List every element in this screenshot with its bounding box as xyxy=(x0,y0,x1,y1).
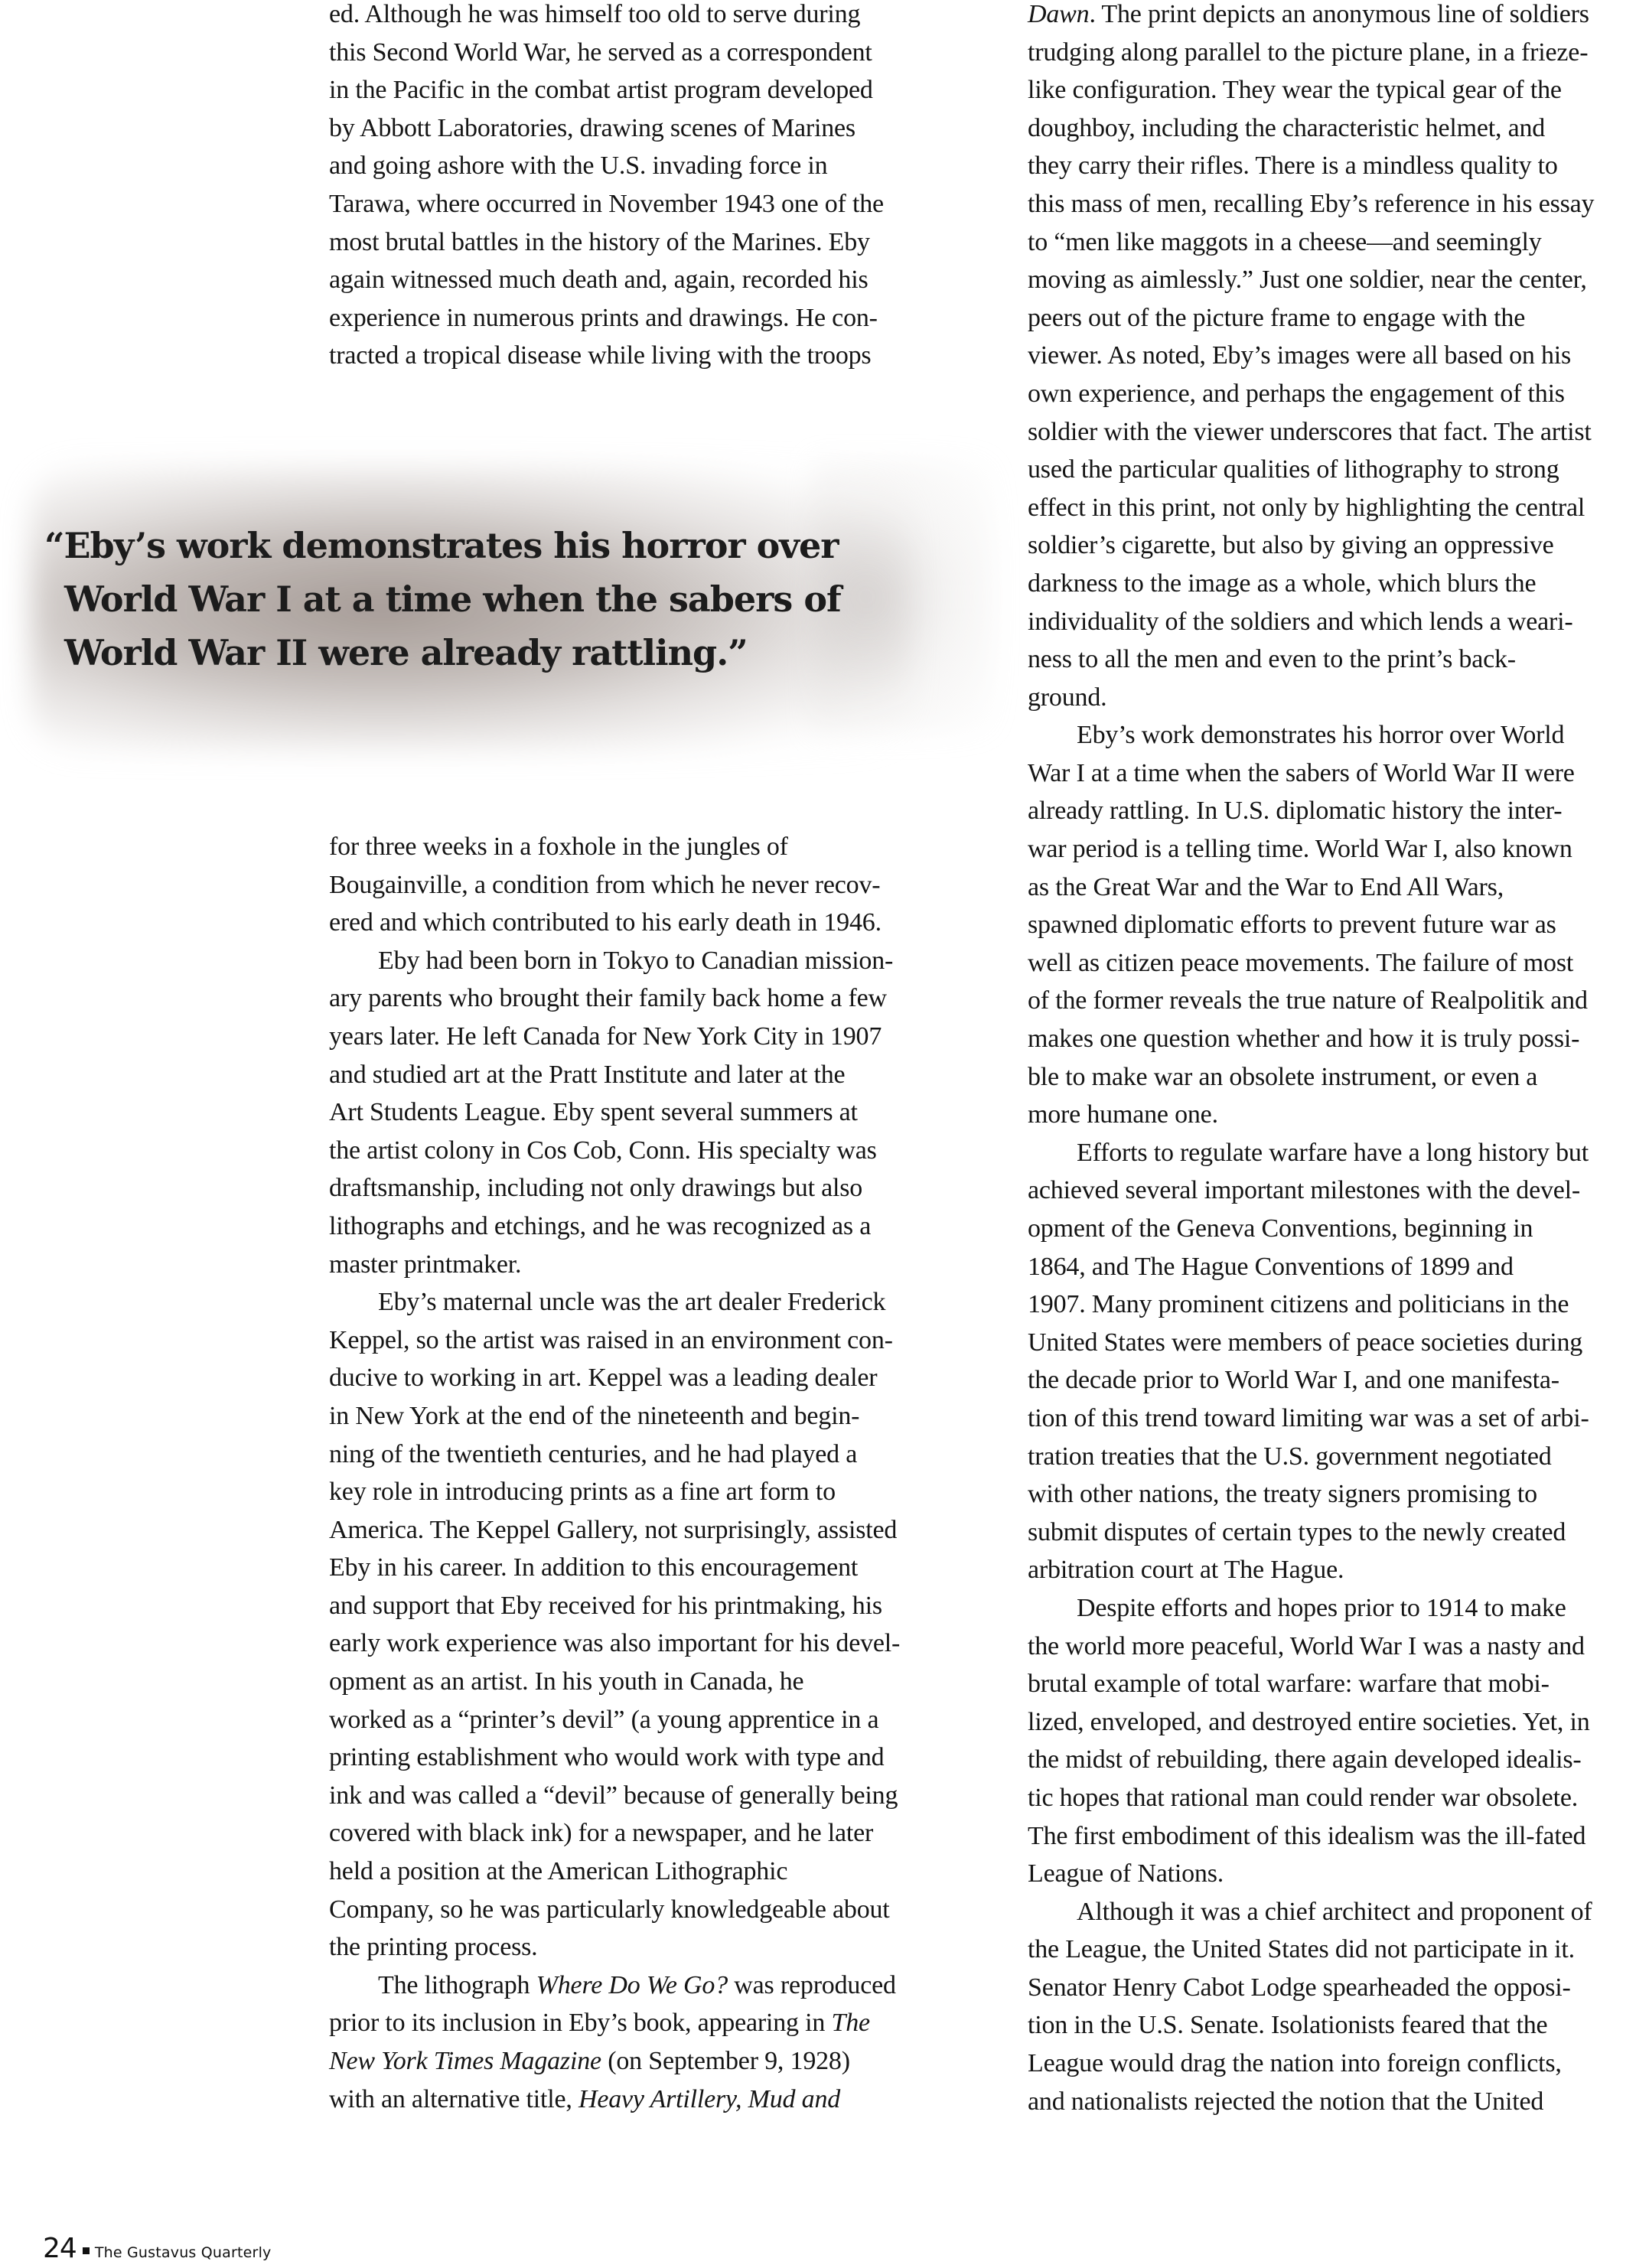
text-line: to “men like maggots in a cheese—and see… xyxy=(1028,223,1649,262)
text-line: printing establishment who would work wi… xyxy=(329,1738,956,1777)
text-line: as the Great War and the War to End All … xyxy=(1028,868,1649,907)
text-line: Bougainville, a condition from which he … xyxy=(329,866,956,904)
text-line: tion in the U.S. Senate. Isolationists f… xyxy=(1028,2006,1649,2045)
paragraph: for three weeks in a foxhole in the jung… xyxy=(329,828,956,942)
text-segment: (on September 9, 1928) xyxy=(601,2047,850,2075)
italic-title-text: New York Times Magazine xyxy=(329,2047,601,2075)
text-line: Tarawa, where occurred in November 1943 … xyxy=(329,185,956,223)
italic-title-text: Where Do We Go? xyxy=(536,1971,728,1999)
text-line: Company, so he was particularly knowledg… xyxy=(329,1891,956,1929)
text-line: already rattling. In U.S. diplomatic his… xyxy=(1028,792,1649,830)
text-line: Although it was a chief architect and pr… xyxy=(1028,1893,1649,1931)
text-line: the League, the United States did not pa… xyxy=(1028,1931,1649,1969)
text-line: opment as an artist. In his youth in Can… xyxy=(329,1663,956,1701)
text-line: makes one question whether and how it is… xyxy=(1028,1020,1649,1058)
text-segment: own experience, and perhaps the engageme… xyxy=(1028,380,1565,408)
text-line: New York Times Magazine (on September 9,… xyxy=(329,2042,956,2081)
text-segment: they carry their rifles. There is a mind… xyxy=(1028,152,1558,180)
left-column-top-text: ed. Although he was himself too old to s… xyxy=(329,0,956,375)
text-line: ered and which contributed to his early … xyxy=(329,904,956,942)
text-line: arbitration court at The Hague. xyxy=(1028,1551,1649,1589)
text-line: years later. He left Canada for New York… xyxy=(329,1018,956,1056)
text-segment: peers out of the picture frame to engage… xyxy=(1028,304,1525,332)
paragraph: Dawn. The print depicts an anonymous lin… xyxy=(1028,0,1649,716)
text-line: soldier’s cigarette, but also by giving … xyxy=(1028,526,1649,565)
page-footer: 24 The Gustavus Quarterly xyxy=(43,2233,272,2264)
text-line: experience in numerous prints and drawin… xyxy=(329,299,956,337)
text-line: moving as aimlessly.” Just one soldier, … xyxy=(1028,261,1649,299)
paragraph: ed. Although he was himself too old to s… xyxy=(329,0,956,375)
text-line: brutal example of total warfare: warfare… xyxy=(1028,1665,1649,1703)
text-line: with an alternative title, Heavy Artille… xyxy=(329,2081,956,2119)
text-segment: this mass of men, recalling Eby’s refere… xyxy=(1028,190,1594,218)
text-line: most brutal battles in the history of th… xyxy=(329,223,956,262)
text-segment: The lithograph xyxy=(378,1971,536,1999)
text-line: key role in introducing prints as a fine… xyxy=(329,1473,956,1511)
text-segment: viewer. As noted, Eby’s images were all … xyxy=(1028,341,1571,370)
text-segment: was reproduced xyxy=(728,1971,896,1999)
text-line: submit disputes of certain types to the … xyxy=(1028,1514,1649,1552)
text-line: darkness to the image as a whole, which … xyxy=(1028,565,1649,603)
text-line: Senator Henry Cabot Lodge spearheaded th… xyxy=(1028,1969,1649,2007)
paragraph: Despite efforts and hopes prior to 1914 … xyxy=(1028,1589,1649,1893)
text-line: Eby had been born in Tokyo to Canadian m… xyxy=(329,942,956,980)
text-line: trudging along parallel to the picture p… xyxy=(1028,34,1649,72)
text-segment: with an alternative title, xyxy=(329,2085,578,2113)
text-line: ed. Although he was himself too old to s… xyxy=(329,0,956,34)
text-line: ducive to working in art. Keppel was a l… xyxy=(329,1359,956,1397)
text-line: war period is a telling time. World War … xyxy=(1028,830,1649,868)
text-segment: trudging along parallel to the picture p… xyxy=(1028,38,1588,67)
text-segment: moving as aimlessly.” Just one soldier, … xyxy=(1028,266,1587,294)
paragraph: Eby’s maternal uncle was the art dealer … xyxy=(329,1283,956,1967)
italic-title-text: Heavy Artillery, Mud and xyxy=(578,2085,840,2113)
paragraph: Eby’s work demonstrates his horror over … xyxy=(1028,716,1649,1134)
publication-title: The Gustavus Quarterly xyxy=(95,2244,272,2261)
text-segment: individuality of the soldiers and which … xyxy=(1028,608,1572,636)
text-line: achieved several important milestones wi… xyxy=(1028,1171,1649,1210)
text-line: and nationalists rejected the notion tha… xyxy=(1028,2083,1649,2121)
text-line: of the former reveals the true nature of… xyxy=(1028,982,1649,1020)
text-line: ning of the twentieth centuries, and he … xyxy=(329,1435,956,1474)
magazine-page: ed. Although he was himself too old to s… xyxy=(0,0,1649,2268)
paragraph: The lithograph Where Do We Go? was repro… xyxy=(329,1967,956,2118)
text-line: the midst of rebuilding, there again dev… xyxy=(1028,1741,1649,1779)
text-line: America. The Keppel Gallery, not surpris… xyxy=(329,1511,956,1549)
text-line: and support that Eby received for his pr… xyxy=(329,1587,956,1625)
text-line: effect in this print, not only by highli… xyxy=(1028,489,1649,527)
text-line: Art Students League. Eby spent several s… xyxy=(329,1093,956,1132)
text-line: Keppel, so the artist was raised in an e… xyxy=(329,1321,956,1360)
text-line: prior to its inclusion in Eby’s book, ap… xyxy=(329,2004,956,2042)
text-line: United States were members of peace soci… xyxy=(1028,1324,1649,1362)
text-line: ble to make war an obsolete instrument, … xyxy=(1028,1058,1649,1097)
text-line: soldier with the viewer underscores that… xyxy=(1028,413,1649,451)
text-line: Dawn. The print depicts an anonymous lin… xyxy=(1028,0,1649,34)
text-line: used the particular qualities of lithogr… xyxy=(1028,451,1649,489)
text-line: 1864, and The Hague Conventions of 1899 … xyxy=(1028,1248,1649,1286)
text-line: the artist colony in Cos Cob, Conn. His … xyxy=(329,1132,956,1170)
text-line: Efforts to regulate warfare have a long … xyxy=(1028,1134,1649,1172)
text-line: and going ashore with the U.S. invading … xyxy=(329,147,956,185)
text-segment: darkness to the image as a whole, which … xyxy=(1028,569,1536,598)
text-line: own experience, and perhaps the engageme… xyxy=(1028,375,1649,413)
text-line: The first embodiment of this idealism wa… xyxy=(1028,1817,1649,1856)
text-line: in the Pacific in the combat artist prog… xyxy=(329,71,956,109)
paragraph: Eby had been born in Tokyo to Canadian m… xyxy=(329,942,956,1283)
text-line: the decade prior to World War I, and one… xyxy=(1028,1361,1649,1400)
text-line: Despite efforts and hopes prior to 1914 … xyxy=(1028,1589,1649,1628)
text-line: Eby in his career. In addition to this e… xyxy=(329,1549,956,1587)
text-line: opment of the Geneva Conventions, beginn… xyxy=(1028,1210,1649,1248)
pull-quote-line: “Eby’s work demonstrates his horror over xyxy=(44,519,963,572)
italic-title-text: The xyxy=(832,2009,870,2037)
text-line: this mass of men, recalling Eby’s refere… xyxy=(1028,185,1649,223)
text-segment: doughboy, including the characteristic h… xyxy=(1028,114,1545,142)
text-line: Eby’s maternal uncle was the art dealer … xyxy=(329,1283,956,1321)
text-line: spawned diplomatic efforts to prevent fu… xyxy=(1028,906,1649,944)
text-line: ink and was called a “devil” because of … xyxy=(329,1777,956,1815)
text-line: like configuration. They wear the typica… xyxy=(1028,71,1649,109)
text-segment: to “men like maggots in a cheese—and see… xyxy=(1028,228,1542,256)
text-segment: effect in this print, not only by highli… xyxy=(1028,494,1585,522)
text-segment: soldier with the viewer underscores that… xyxy=(1028,418,1592,446)
text-line: covered with black ink) for a newspaper,… xyxy=(329,1814,956,1853)
text-line: ground. xyxy=(1028,679,1649,717)
text-segment: ground. xyxy=(1028,683,1106,712)
pull-quote-text: “Eby’s work demonstrates his horror over… xyxy=(44,519,963,679)
pull-quote: “Eby’s work demonstrates his horror over… xyxy=(0,429,1002,788)
text-line: more humane one. xyxy=(1028,1096,1649,1134)
text-line: master printmaker. xyxy=(329,1246,956,1284)
text-line: worked as a “printer’s devil” (a young a… xyxy=(329,1701,956,1739)
text-line: The lithograph Where Do We Go? was repro… xyxy=(329,1967,956,2005)
text-line: the world more peaceful, World War I was… xyxy=(1028,1628,1649,1666)
text-line: tration treaties that the U.S. governmen… xyxy=(1028,1438,1649,1476)
text-line: lized, enveloped, and destroyed entire s… xyxy=(1028,1703,1649,1742)
pull-quote-line: World War II were already rattling.” xyxy=(44,626,963,679)
pull-quote-line: World War I at a time when the sabers of xyxy=(44,572,963,626)
paragraph: Although it was a chief architect and pr… xyxy=(1028,1893,1649,2121)
italic-title-text: Dawn xyxy=(1028,0,1089,28)
text-segment: . The print depicts an anonymous line of… xyxy=(1089,0,1589,28)
text-line: early work experience was also important… xyxy=(329,1624,956,1663)
text-line: the printing process. xyxy=(329,1928,956,1967)
text-line: ary parents who brought their family bac… xyxy=(329,979,956,1018)
text-segment: prior to its inclusion in Eby’s book, ap… xyxy=(329,2009,832,2037)
text-line: 1907. Many prominent citizens and politi… xyxy=(1028,1286,1649,1324)
text-line: lithographs and etchings, and he was rec… xyxy=(329,1207,956,1246)
text-line: they carry their rifles. There is a mind… xyxy=(1028,147,1649,185)
text-segment: like configuration. They wear the typica… xyxy=(1028,76,1562,104)
paragraph: Efforts to regulate warfare have a long … xyxy=(1028,1134,1649,1589)
text-line: tion of this trend toward limiting war w… xyxy=(1028,1400,1649,1438)
text-segment: ness to all the men and even to the prin… xyxy=(1028,645,1516,673)
text-line: tic hopes that rational man could render… xyxy=(1028,1779,1649,1817)
text-line: and studied art at the Pratt Institute a… xyxy=(329,1056,956,1094)
text-line: held a position at the American Lithogra… xyxy=(329,1853,956,1891)
text-line: doughboy, including the characteristic h… xyxy=(1028,109,1649,148)
text-line: well as citizen peace movements. The fai… xyxy=(1028,944,1649,982)
page-number: 24 xyxy=(43,2233,77,2264)
text-line: ness to all the men and even to the prin… xyxy=(1028,640,1649,679)
text-line: League of Nations. xyxy=(1028,1855,1649,1893)
text-line: again witnessed much death and, again, r… xyxy=(329,261,956,299)
text-segment: soldier’s cigarette, but also by giving … xyxy=(1028,531,1554,559)
text-segment: used the particular qualities of lithogr… xyxy=(1028,455,1559,484)
text-line: this Second World War, he served as a co… xyxy=(329,34,956,72)
text-line: League would drag the nation into foreig… xyxy=(1028,2045,1649,2083)
text-line: draftsmanship, including not only drawin… xyxy=(329,1169,956,1207)
text-line: viewer. As noted, Eby’s images were all … xyxy=(1028,337,1649,375)
left-column-bottom-text: for three weeks in a foxhole in the jung… xyxy=(329,828,956,2118)
right-column-text: Dawn. The print depicts an anonymous lin… xyxy=(1028,0,1649,2120)
text-line: individuality of the soldiers and which … xyxy=(1028,603,1649,641)
text-line: for three weeks in a foxhole in the jung… xyxy=(329,828,956,866)
square-bullet-icon xyxy=(83,2247,90,2254)
text-line: War I at a time when the sabers of World… xyxy=(1028,754,1649,793)
text-line: in New York at the end of the nineteenth… xyxy=(329,1397,956,1435)
text-line: tracted a tropical disease while living … xyxy=(329,337,956,375)
text-line: with other nations, the treaty signers p… xyxy=(1028,1475,1649,1514)
text-line: by Abbott Laboratories, drawing scenes o… xyxy=(329,109,956,148)
text-line: Eby’s work demonstrates his horror over … xyxy=(1028,716,1649,754)
text-line: peers out of the picture frame to engage… xyxy=(1028,299,1649,337)
